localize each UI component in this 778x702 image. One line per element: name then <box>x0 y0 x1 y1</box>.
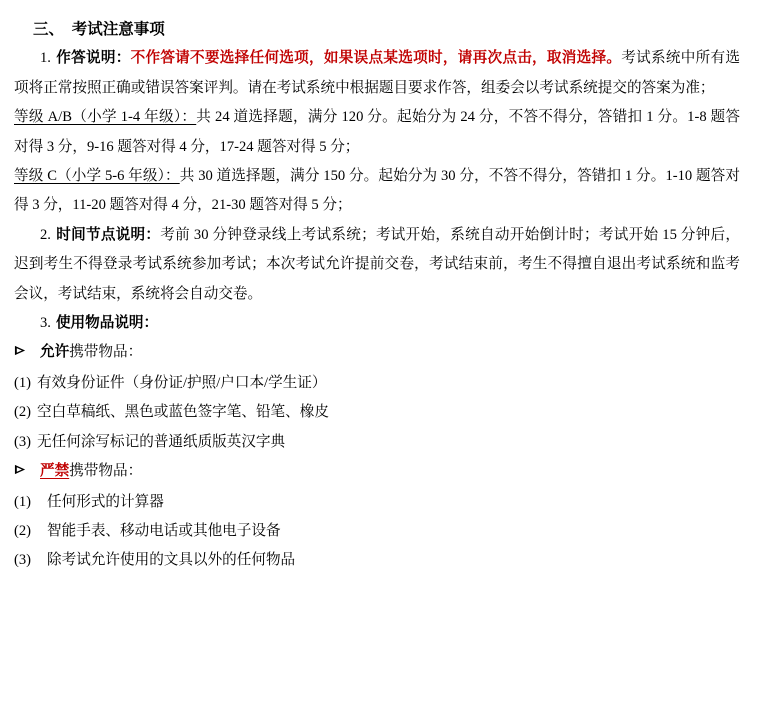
schedule-paragraph: 2.时间节点说明：考前 30 分钟登录线上考试系统；考试开始，系统自动开始倒计时… <box>14 221 740 309</box>
section-number: 3. <box>40 315 51 331</box>
item-text: 智能手表、移动电话或其他电子设备 <box>47 523 281 539</box>
item-number: (3) <box>14 546 31 575</box>
section-number: 2. <box>40 227 51 243</box>
allowed-label-rest: 携带物品： <box>69 344 142 360</box>
allowed-item: (3)无任何涂写标记的普通纸质版英汉字典 <box>14 428 740 457</box>
section-heading: 时间节点说明： <box>56 227 160 243</box>
forbidden-item: (1)任何形式的计算器 <box>14 488 740 517</box>
allowed-item: (2)空白草稿纸、黑色或蓝色签字笔、铅笔、橡皮 <box>14 398 740 427</box>
forbidden-items-bullet: 严禁携带物品： <box>14 457 740 487</box>
items-heading-paragraph: 3.使用物品说明： <box>14 309 740 338</box>
section-heading: 使用物品说明： <box>56 315 158 331</box>
allowed-item: (1)有效身份证件（身份证/护照/户口本/学生证） <box>14 369 740 398</box>
document-page: 三、 考试注意事项 1.作答说明：不作答请不要选择任何选项，如果误点某选项时，请… <box>0 0 778 702</box>
arrow-bullet-icon <box>14 339 40 368</box>
forbidden-item: (3)除考试允许使用的文具以外的任何物品 <box>14 546 740 575</box>
item-text: 空白草稿纸、黑色或蓝色签字笔、铅笔、橡皮 <box>37 404 329 420</box>
grade-ab-label: 等级 A/B（小学 1-4 年级）： <box>14 109 196 125</box>
item-number: (1) <box>14 369 31 398</box>
grade-c-paragraph: 等级 C（小学 5-6 年级）：共 30 道选择题，满分 150 分。起始分为 … <box>14 162 740 221</box>
grade-c-label: 等级 C（小学 5-6 年级）： <box>14 168 180 184</box>
page-title: 三、 考试注意事项 <box>33 15 740 44</box>
allowed-label-bold: 允许 <box>40 344 69 360</box>
arrow-bullet-icon <box>14 458 40 487</box>
item-number: (2) <box>14 517 31 546</box>
item-text: 除考试允许使用的文具以外的任何物品 <box>47 552 295 568</box>
grade-ab-paragraph: 等级 A/B（小学 1-4 年级）：共 24 道选择题，满分 120 分。起始分… <box>14 103 740 162</box>
item-text: 任何形式的计算器 <box>47 494 164 510</box>
allowed-items-bullet: 允许携带物品： <box>14 338 740 368</box>
answering-instructions-paragraph: 1.作答说明：不作答请不要选择任何选项，如果误点某选项时，请再次点击，取消选择。… <box>14 44 740 103</box>
item-text: 无任何涂写标记的普通纸质版英汉字典 <box>37 434 285 450</box>
section-number: 1. <box>40 50 51 66</box>
forbidden-item: (2)智能手表、移动电话或其他电子设备 <box>14 517 740 546</box>
warning-text: 不作答请不要选择任何选项，如果误点某选项时，请再次点击，取消选择。 <box>131 50 622 66</box>
item-text: 有效身份证件（身份证/护照/户口本/学生证） <box>37 375 326 391</box>
item-number: (3) <box>14 428 31 457</box>
forbidden-label-rest: 携带物品： <box>69 463 142 479</box>
forbidden-label-bold: 严禁 <box>40 463 69 479</box>
item-number: (1) <box>14 488 31 517</box>
section-heading: 作答说明： <box>56 50 131 66</box>
item-number: (2) <box>14 398 31 427</box>
